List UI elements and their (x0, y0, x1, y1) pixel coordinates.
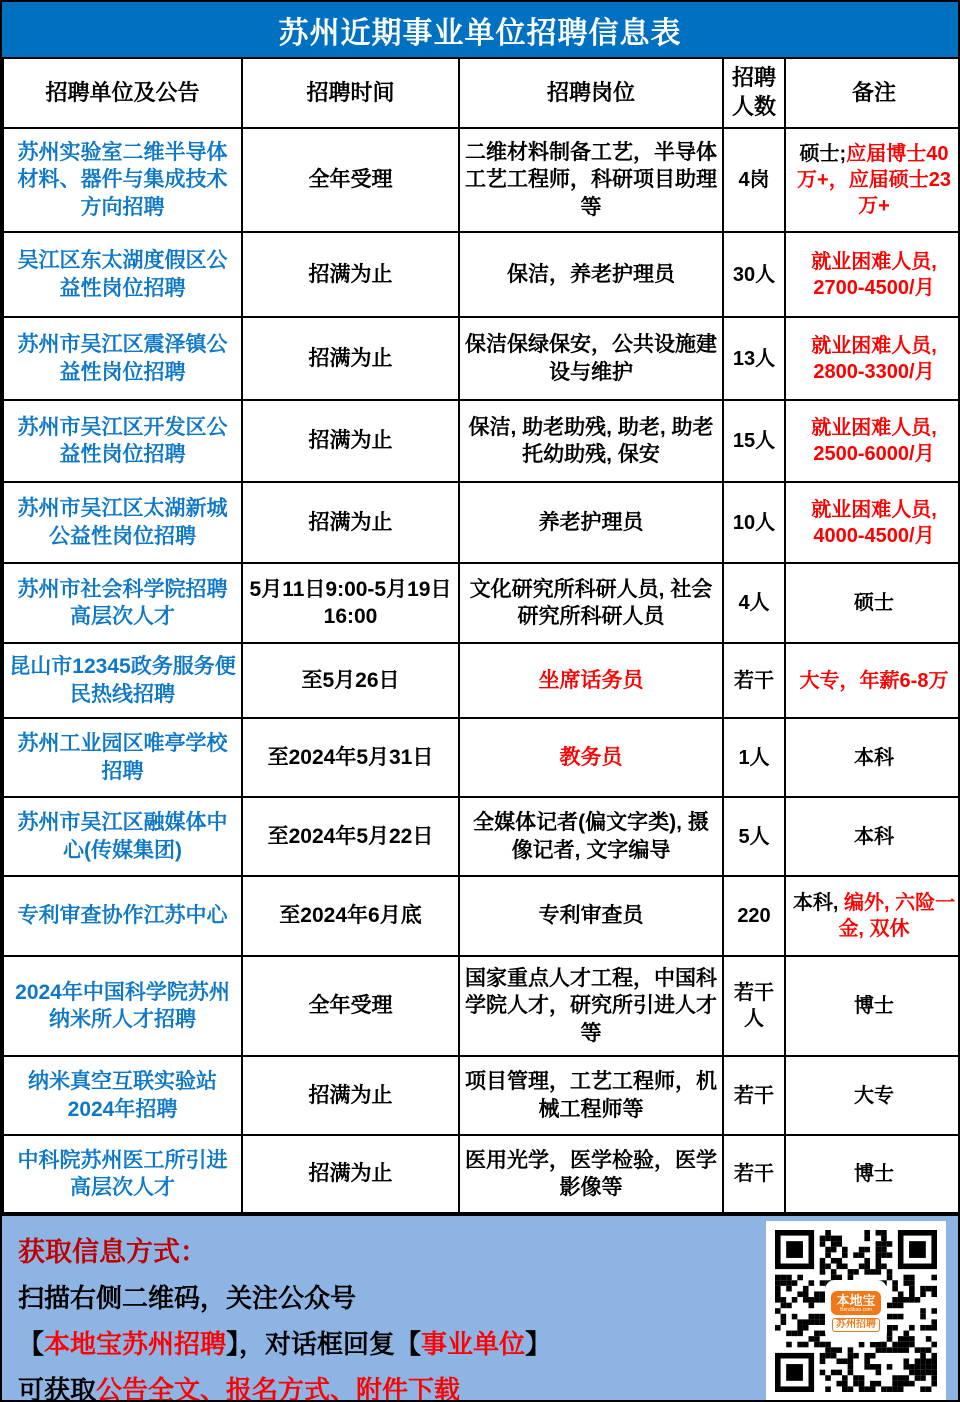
positions-cell: 国家重点人才工程，中国科学院人才，研究所引进人才等 (459, 956, 723, 1056)
header-time: 招聘时间 (242, 58, 459, 128)
table-row: 昆山市12345政务服务便民热线招聘 至5月26日 坐席话务员 若干 大专，年薪… (3, 643, 960, 718)
count-cell: 30人 (723, 232, 785, 317)
unit-link[interactable]: 纳米真空互联实验站2024年招聘 (3, 1056, 242, 1135)
note-cell: 大专 (785, 1056, 960, 1135)
page-title: 苏州近期事业单位招聘信息表 (2, 2, 958, 57)
table-row: 专利审查协作江苏中心 至2024年6月底 专利审查员 220 本科, 编外, 六… (3, 876, 960, 956)
count-cell: 10人 (723, 482, 785, 563)
unit-link[interactable]: 中科院苏州医工所引进高层次人才 (3, 1135, 242, 1213)
table-row: 吴江区东太湖度假区公益性岗位招聘 招满为止 保洁，养老护理员 30人 就业困难人… (3, 232, 960, 317)
note-part: 硕士; (800, 143, 847, 165)
time-cell: 至2024年5月22日 (242, 797, 459, 876)
table-row: 苏州市吴江区震泽镇公益性岗位招聘 招满为止 保洁保绿保安，公共设施建设与维护 1… (3, 317, 960, 400)
table-row: 2024年中国科学院苏州纳米所人才招聘 全年受理 国家重点人才工程，中国科学院人… (3, 956, 960, 1056)
time-cell: 招满为止 (242, 1135, 459, 1213)
count-cell: 若干 (723, 1056, 785, 1135)
count-cell: 1人 (723, 718, 785, 797)
qr-logo: 本地宝Bendibao.com 苏州招聘 (827, 1282, 885, 1340)
time-cell: 至5月26日 (242, 643, 459, 718)
positions-cell: 医用光学，医学检验，医学影像等 (459, 1135, 723, 1213)
note-cell: 就业困难人员, 2700-4500/月 (785, 232, 960, 317)
time-cell: 招满为止 (242, 317, 459, 400)
positions-cell: 保洁保绿保安，公共设施建设与维护 (459, 317, 723, 400)
footer-text-part: 可获取 (18, 1375, 96, 1402)
unit-link[interactable]: 苏州市吴江区太湖新城公益性岗位招聘 (3, 482, 242, 563)
qr-logo-caption: 苏州招聘 (832, 1318, 880, 1332)
note-cell: 就业困难人员, 4000-4500/月 (785, 482, 960, 563)
count-cell: 若干人 (723, 956, 785, 1056)
unit-link[interactable]: 苏州市吴江区开发区公益性岗位招聘 (3, 400, 242, 482)
table-header-row: 招聘单位及公告 招聘时间 招聘岗位 招聘人数 备注 (3, 58, 960, 128)
note-cell: 本科, 编外, 六险一金, 双休 (785, 876, 960, 956)
note-cell: 就业困难人员, 2800-3300/月 (785, 317, 960, 400)
table-row: 苏州市社会科学院招聘高层次人才 5月11日9:00-5月19日16:00 文化研… (3, 563, 960, 643)
footer-text-part: 【 (18, 1329, 44, 1359)
header-note: 备注 (785, 58, 960, 128)
note-part: 本科, (793, 892, 844, 914)
time-cell: 至2024年5月31日 (242, 718, 459, 797)
count-cell: 13人 (723, 317, 785, 400)
note-cell: 大专，年薪6-8万 (785, 643, 960, 718)
positions-cell: 保洁，养老护理员 (459, 232, 723, 317)
count-cell: 4人 (723, 563, 785, 643)
note-cell: 博士 (785, 956, 960, 1056)
time-cell: 全年受理 (242, 128, 459, 232)
footer-text-part: 】，对话框回复【 (226, 1329, 421, 1359)
unit-link[interactable]: 专利审查协作江苏中心 (3, 876, 242, 956)
positions-cell: 项目管理，工艺工程师，机械工程师等 (459, 1056, 723, 1135)
qr-code: 本地宝Bendibao.com 苏州招聘 (766, 1221, 946, 1401)
positions-cell: 全媒体记者(偏文字类), 摄像记者, 文字编导 (459, 797, 723, 876)
time-cell: 招满为止 (242, 232, 459, 317)
footer-account-name: 本地宝苏州招聘 (44, 1329, 226, 1359)
note-cell: 硕士;应届博士40万+，应届硕士23万+ (785, 128, 960, 232)
header-unit: 招聘单位及公告 (3, 58, 242, 128)
page: 苏州近期事业单位招聘信息表 招聘单位及公告 招聘时间 招聘岗位 招聘人数 备注 … (0, 0, 960, 1402)
qr-logo-badge: 本地宝Bendibao.com (831, 1291, 880, 1315)
note-cell: 硕士 (785, 563, 960, 643)
count-cell: 若干 (723, 643, 785, 718)
time-cell: 招满为止 (242, 482, 459, 563)
footer-panel: 获取信息方式： 扫描右侧二维码，关注公众号 【本地宝苏州招聘】，对话框回复【事业… (2, 1214, 958, 1402)
count-cell: 4岗 (723, 128, 785, 232)
time-cell: 5月11日9:00-5月19日16:00 (242, 563, 459, 643)
positions-cell: 专利审查员 (459, 876, 723, 956)
footer-text-part: 】 (525, 1329, 551, 1359)
table-row: 中科院苏州医工所引进高层次人才 招满为止 医用光学，医学检验，医学影像等 若干 … (3, 1135, 960, 1213)
table-row: 苏州实验室二维半导体材料、器件与集成技术方向招聘 全年受理 二维材料制备工艺，半… (3, 128, 960, 232)
note-part: 编外, 六险一金, 双休 (838, 892, 955, 940)
count-cell: 5人 (723, 797, 785, 876)
note-cell: 本科 (785, 718, 960, 797)
unit-link[interactable]: 苏州市吴江区震泽镇公益性岗位招聘 (3, 317, 242, 400)
count-cell: 220 (723, 876, 785, 956)
positions-cell: 坐席话务员 (459, 643, 723, 718)
note-cell: 本科 (785, 797, 960, 876)
count-cell: 若干 (723, 1135, 785, 1213)
header-count: 招聘人数 (723, 58, 785, 128)
footer-download-link[interactable]: 公告全文、报名方式、附件下载 (96, 1375, 460, 1402)
unit-link[interactable]: 2024年中国科学院苏州纳米所人才招聘 (3, 956, 242, 1056)
count-cell: 15人 (723, 400, 785, 482)
unit-link[interactable]: 苏州市社会科学院招聘高层次人才 (3, 563, 242, 643)
qr-logo-subtitle: Bendibao.com (836, 1308, 875, 1313)
table-row: 纳米真空互联实验站2024年招聘 招满为止 项目管理，工艺工程师，机械工程师等 … (3, 1056, 960, 1135)
table-row: 苏州工业园区唯亭学校招聘 至2024年5月31日 教务员 1人 本科 (3, 718, 960, 797)
unit-link[interactable]: 苏州工业园区唯亭学校招聘 (3, 718, 242, 797)
note-cell: 就业困难人员, 2500-6000/月 (785, 400, 960, 482)
positions-cell: 文化研究所科研人员, 社会研究所科研人员 (459, 563, 723, 643)
positions-cell: 养老护理员 (459, 482, 723, 563)
positions-cell: 二维材料制备工艺，半导体工艺工程师，科研项目助理等 (459, 128, 723, 232)
time-cell: 全年受理 (242, 956, 459, 1056)
positions-cell: 教务员 (459, 718, 723, 797)
time-cell: 招满为止 (242, 400, 459, 482)
note-cell: 博士 (785, 1135, 960, 1213)
table-row: 苏州市吴江区开发区公益性岗位招聘 招满为止 保洁, 助老助残, 助老, 助老托幼… (3, 400, 960, 482)
positions-cell: 保洁, 助老助残, 助老, 助老托幼助残, 保安 (459, 400, 723, 482)
table-row: 苏州市吴江区太湖新城公益性岗位招聘 招满为止 养老护理员 10人 就业困难人员,… (3, 482, 960, 563)
unit-link[interactable]: 苏州市吴江区融媒体中心(传媒集团) (3, 797, 242, 876)
time-cell: 招满为止 (242, 1056, 459, 1135)
table-row: 苏州市吴江区融媒体中心(传媒集团) 至2024年5月22日 全媒体记者(偏文字类… (3, 797, 960, 876)
header-positions: 招聘岗位 (459, 58, 723, 128)
unit-link[interactable]: 吴江区东太湖度假区公益性岗位招聘 (3, 232, 242, 317)
qr-logo-title: 本地宝 (836, 1293, 875, 1308)
unit-link[interactable]: 苏州实验室二维半导体材料、器件与集成技术方向招聘 (3, 128, 242, 232)
time-cell: 至2024年6月底 (242, 876, 459, 956)
unit-link[interactable]: 昆山市12345政务服务便民热线招聘 (3, 643, 242, 718)
footer-reply-keyword: 事业单位 (421, 1329, 525, 1359)
recruitment-table: 招聘单位及公告 招聘时间 招聘岗位 招聘人数 备注 苏州实验室二维半导体材料、器… (2, 57, 960, 1214)
